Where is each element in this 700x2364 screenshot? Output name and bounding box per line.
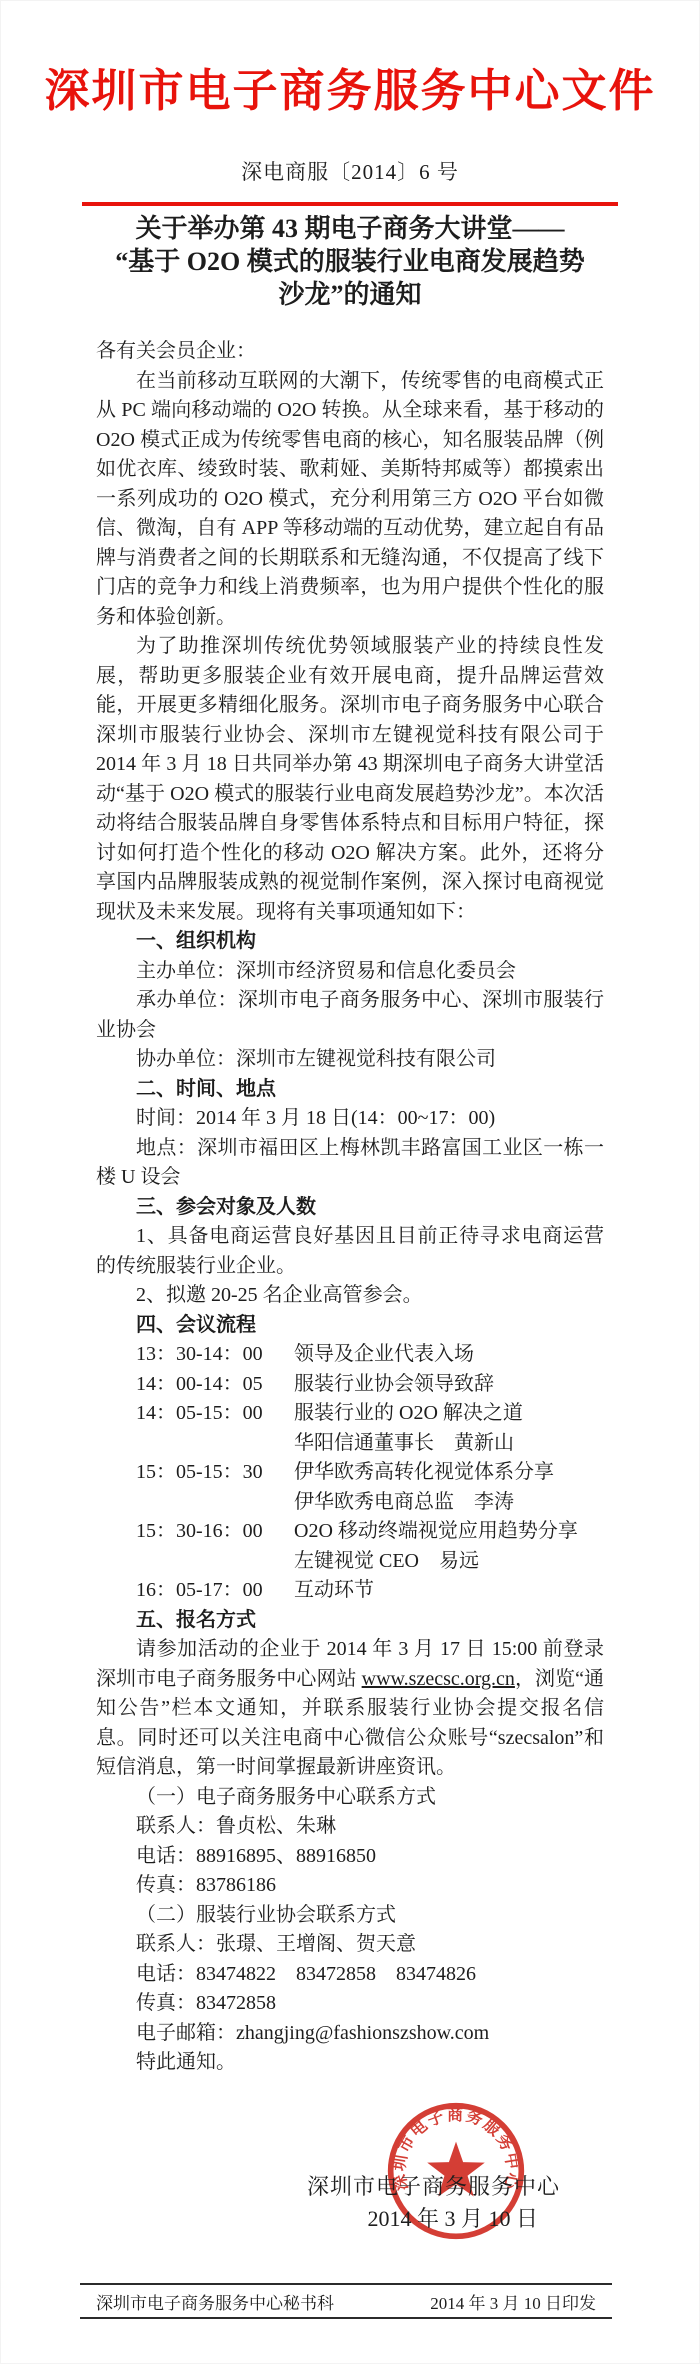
schedule-time: 14：05-15：00 xyxy=(136,1399,294,1429)
document-body: 关于举办第 43 期电子商务大讲堂—— “基于 O2O 模式的服装行业电商发展趋… xyxy=(96,212,604,2078)
footer-issuing-dept: 深圳市电子商务服务中心秘书科 xyxy=(96,2289,334,2314)
schedule-speaker: 华阳信通董事长 黄新山 xyxy=(294,1429,604,1459)
schedule-row: 16：05-17：00 互动环节 xyxy=(96,1576,604,1606)
contact-2-phone: 电话：83474822 83472858 83474826 xyxy=(96,1960,604,1990)
schedule-item: 伊华欧秀高转化视觉体系分享 xyxy=(294,1458,604,1488)
schedule-item: 互动环节 xyxy=(294,1576,604,1606)
section-2-heading: 二、时间、地点 xyxy=(96,1075,604,1105)
section-2-item: 时间：2014 年 3 月 18 日(14：00~17：00) xyxy=(96,1104,604,1134)
schedule-row: 14：05-15：00 服装行业的 O2O 解决之道 xyxy=(96,1399,604,1429)
notice-title-line-2: “基于 O2O 模式的服装行业电商发展趋势 xyxy=(96,245,604,278)
schedule-time xyxy=(136,1547,294,1577)
schedule-row: 15：05-15：30 伊华欧秀高转化视觉体系分享 xyxy=(96,1458,604,1488)
schedule-time xyxy=(136,1429,294,1459)
footer-print-date: 2014 年 3 月 10 日印发 xyxy=(430,2289,596,2314)
schedule-item: 服装行业协会领导致辞 xyxy=(294,1370,604,1400)
contact-2-heading: （二）服装行业协会联系方式 xyxy=(96,1901,604,1931)
schedule-time: 15：30-16：00 xyxy=(136,1517,294,1547)
document-page: 深圳市电子商务服务中心文件 深电商服〔2014〕6 号 关于举办第 43 期电子… xyxy=(0,0,700,2364)
notice-title-line-1: 关于举办第 43 期电子商务大讲堂—— xyxy=(96,212,604,245)
header-divider-line xyxy=(82,202,618,206)
contact-1-phone: 电话：88916895、88916850 xyxy=(96,1842,604,1872)
schedule-row: 15：30-16：00 O2O 移动终端视觉应用趋势分享 xyxy=(96,1517,604,1547)
signature-org: 深圳市电子商务服务中心 xyxy=(307,2170,560,2201)
schedule-time xyxy=(136,1488,294,1518)
schedule-time: 13：30-14：00 xyxy=(136,1340,294,1370)
schedule-row: 华阳信通董事长 黄新山 xyxy=(96,1429,604,1459)
section-3-heading: 三、参会对象及人数 xyxy=(96,1193,604,1223)
intro-paragraph-2: 为了助推深圳传统优势领域服装产业的持续良性发展，帮助更多服装企业有效开展电商，提… xyxy=(96,632,604,927)
website-link[interactable]: www.szecsc.org.cn xyxy=(362,1668,515,1690)
section-1-item: 承办单位：深圳市电子商务服务中心、深圳市服装行业协会 xyxy=(96,986,604,1045)
schedule-item: 领导及企业代表入场 xyxy=(294,1340,604,1370)
schedule-time: 14：00-14：05 xyxy=(136,1370,294,1400)
section-3-item: 1、具备电商运营良好基因且目前正待寻求电商运营的传统服装行业企业。 xyxy=(96,1222,604,1281)
schedule-row: 13：30-14：00 领导及企业代表入场 xyxy=(96,1340,604,1370)
schedule-row: 伊华欧秀电商总监 李涛 xyxy=(96,1488,604,1518)
closing-line: 特此通知。 xyxy=(96,2048,604,2078)
notice-title-line-3: 沙龙”的通知 xyxy=(96,278,604,311)
schedule-speaker: 左键视觉 CEO 易远 xyxy=(294,1547,604,1577)
schedule-item: 服装行业的 O2O 解决之道 xyxy=(294,1399,604,1429)
contact-1-fax: 传真：83786186 xyxy=(96,1871,604,1901)
contact-2-fax: 传真：83472858 xyxy=(96,1989,604,2019)
document-number: 深电商服〔2014〕6 号 xyxy=(0,156,700,186)
section-1-heading: 一、组织机构 xyxy=(96,927,604,957)
section-1-item: 协办单位：深圳市左键视觉科技有限公司 xyxy=(96,1045,604,1075)
section-5-heading: 五、报名方式 xyxy=(96,1606,604,1636)
section-1-item: 主办单位：深圳市经济贸易和信息化委员会 xyxy=(96,957,604,987)
schedule-time: 16：05-17：00 xyxy=(136,1576,294,1606)
signature-date: 2014 年 3 月 10 日 xyxy=(367,2202,538,2233)
schedule-item: O2O 移动终端视觉应用趋势分享 xyxy=(294,1517,604,1547)
contact-1-person: 联系人：鲁贞松、朱琳 xyxy=(96,1812,604,1842)
intro-paragraph-1: 在当前移动互联网的大潮下，传统零售的电商模式正从 PC 端向移动端的 O2O 转… xyxy=(96,367,604,633)
contact-2-email: 电子邮箱：zhangjing@fashionszshow.com xyxy=(96,2019,604,2049)
notice-title: 关于举办第 43 期电子商务大讲堂—— “基于 O2O 模式的服装行业电商发展趋… xyxy=(96,212,604,311)
schedule-row: 左键视觉 CEO 易远 xyxy=(96,1547,604,1577)
document-header-title: 深圳市电子商务服务中心文件 xyxy=(0,54,700,119)
salutation: 各有关会员企业： xyxy=(96,337,604,367)
contact-1-heading: （一）电子商务服务中心联系方式 xyxy=(96,1783,604,1813)
section-2-item: 地点：深圳市福田区上梅林凯丰路富国工业区一栋一楼 U 设会 xyxy=(96,1134,604,1193)
registration-paragraph: 请参加活动的企业于 2014 年 3 月 17 日 15:00 前登录深圳市电子… xyxy=(96,1635,604,1783)
contact-2-person: 联系人：张璟、王增阁、贺天意 xyxy=(96,1930,604,1960)
section-4-heading: 四、会议流程 xyxy=(96,1311,604,1341)
section-3-item: 2、拟邀 20-25 名企业高管参会。 xyxy=(96,1281,604,1311)
schedule-row: 14：00-14：05 服装行业协会领导致辞 xyxy=(96,1370,604,1400)
schedule-time: 15：05-15：30 xyxy=(136,1458,294,1488)
schedule-speaker: 伊华欧秀电商总监 李涛 xyxy=(294,1488,604,1518)
footer: 深圳市电子商务服务中心秘书科 2014 年 3 月 10 日印发 xyxy=(80,2283,612,2319)
